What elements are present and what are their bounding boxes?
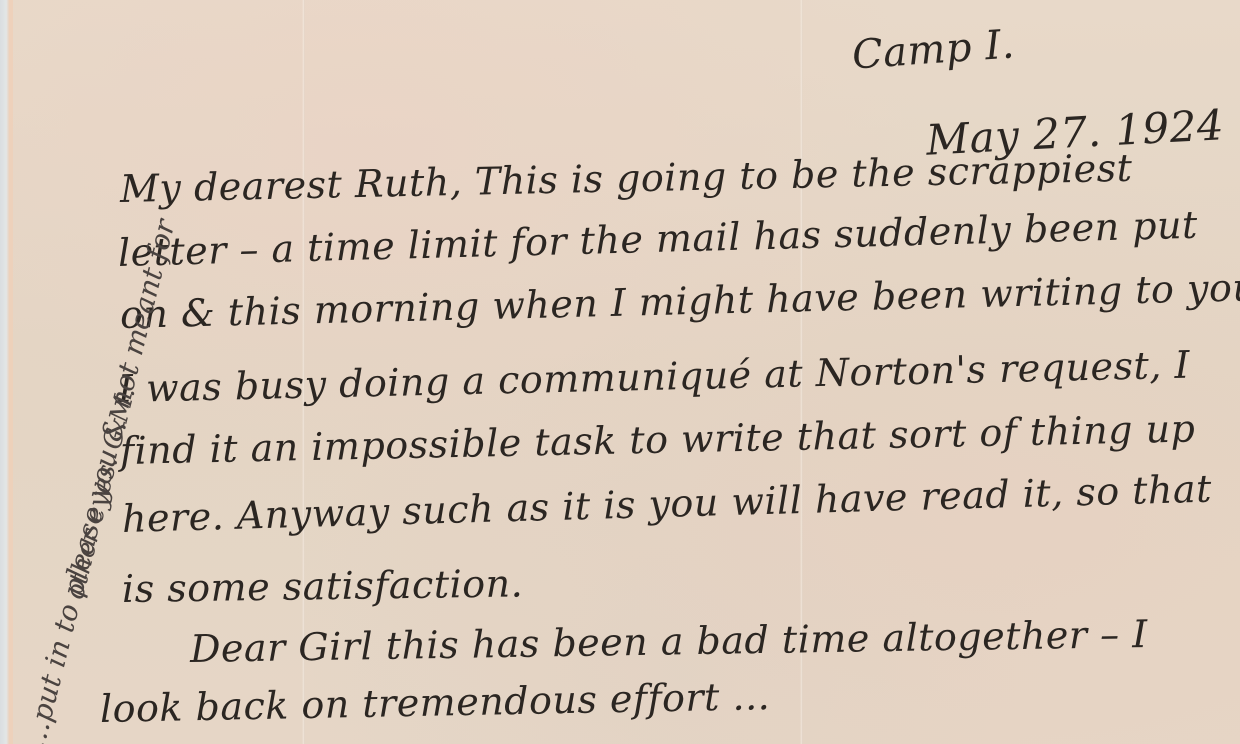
scan-edge [0,0,9,744]
paper-edge [9,0,13,744]
letter-line: I was busy doing a communiqué at Norton'… [118,346,1191,408]
letter-line: Dear Girl this has been a bad time altog… [190,615,1148,668]
letter-line: is some satisfaction. [122,564,524,608]
letter-page: Camp I. May 27. 1924 My dearest Ruth, Th… [0,0,1240,744]
letter-line: find it an impossible task to write that… [120,409,1196,470]
letter-line: look back on tremendous effort ... [100,677,771,728]
letter-line: My dearest Ruth, This is going to be the… [120,149,1133,208]
letter-line: here. Anyway such as it is you will have… [121,470,1212,538]
letter-line: letter – a time limit for the mail has s… [118,206,1199,272]
letter-line: on & this morning when I might have been… [120,268,1240,334]
letter-location: Camp I. [851,24,1016,75]
